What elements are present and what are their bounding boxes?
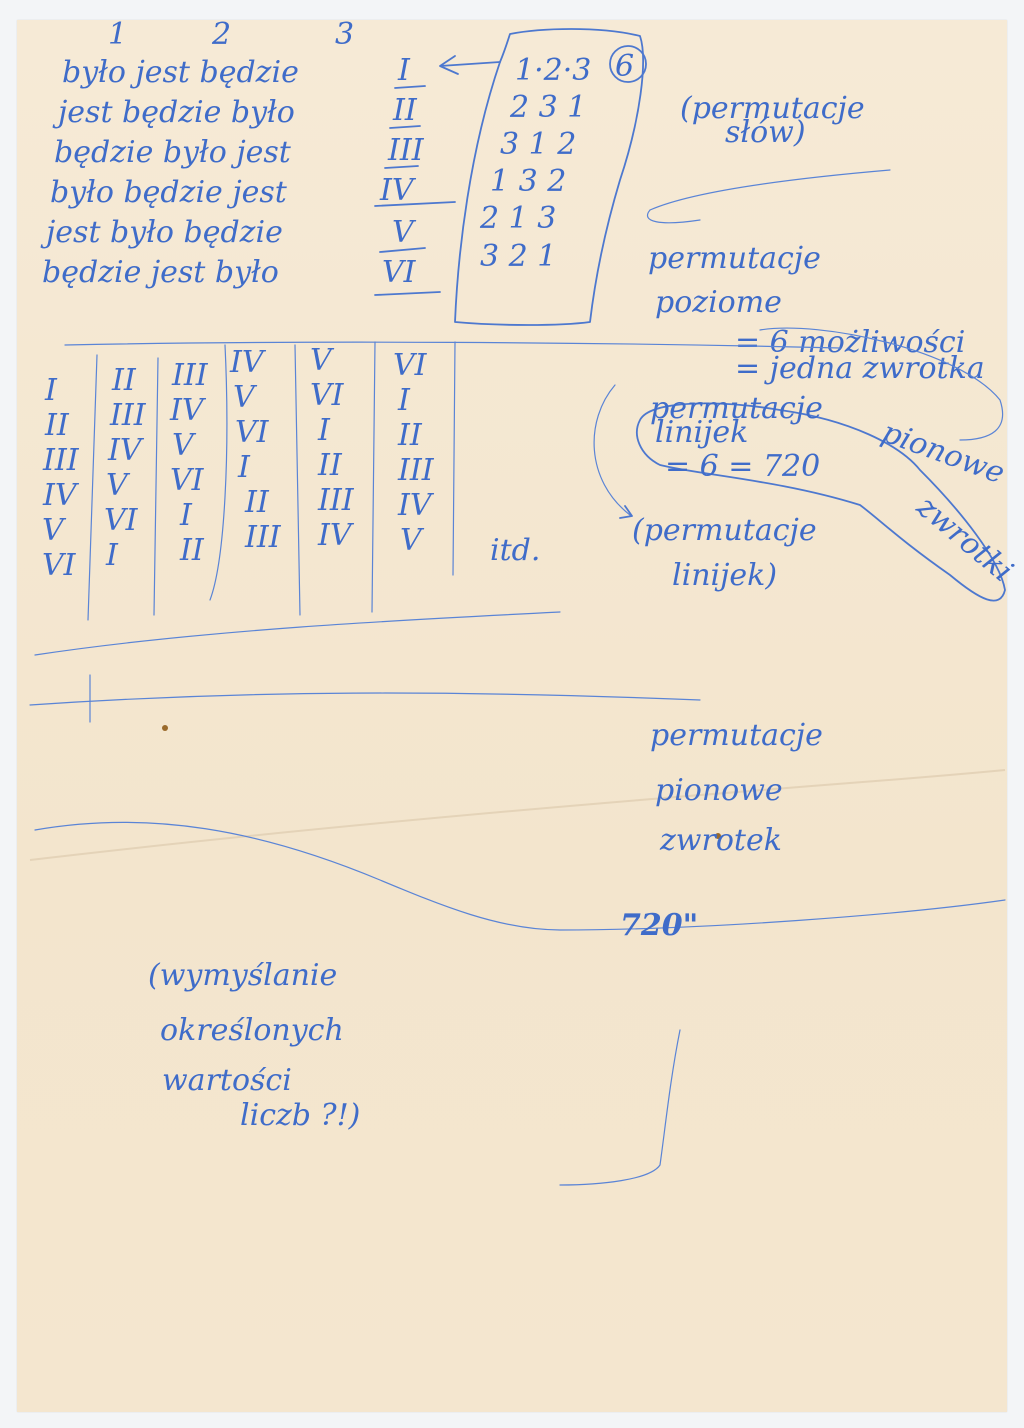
number-row: 3 1 2 [500, 127, 576, 162]
number-row: 1·2·3 [515, 53, 591, 88]
svg-text:II: II [317, 448, 343, 483]
svg-text:linijek): linijek) [672, 558, 777, 593]
table-column: IV V VI I II III [229, 345, 282, 555]
svg-text:II: II [111, 363, 137, 398]
svg-text:IV: IV [317, 518, 355, 553]
number-box: 1·2·3 2 3 1 3 1 2 1 3 2 2 1 3 3 2 1 6 [455, 29, 646, 325]
number-row: 2 3 1 [509, 90, 586, 125]
svg-text:I: I [105, 538, 119, 573]
svg-text:V: V [172, 428, 197, 463]
svg-text:III: III [42, 443, 80, 478]
table-column: V VI I II III IV [310, 343, 355, 553]
svg-text:= jedna zwrotka: = jedna zwrotka [735, 351, 985, 386]
svg-text:= 6 = 720: = 6 = 720 [665, 449, 820, 484]
number-row: 3 2 1 [480, 239, 556, 274]
svg-text:zwrotek: zwrotek [659, 823, 782, 858]
svg-text:IV: IV [229, 345, 267, 380]
roman-label: I [397, 53, 411, 88]
superscript-3: 3 [335, 17, 354, 52]
svg-text:V: V [42, 513, 67, 548]
svg-text:V: V [400, 523, 425, 558]
svg-text:VI: VI [104, 503, 139, 538]
separator-line [30, 693, 700, 705]
table-column: I II III IV V VI [42, 373, 80, 583]
roman-label: III [387, 133, 425, 168]
svg-text:IV: IV [397, 488, 435, 523]
svg-text:V: V [310, 343, 335, 378]
svg-text:I: I [44, 373, 58, 408]
note-word-permutation: (permutacje słów) [647, 91, 890, 223]
svg-text:I: I [397, 383, 411, 418]
svg-text:słów): słów) [725, 115, 806, 150]
manuscript-drawing: 1 2 3 było jest będzie jest będzie było … [0, 0, 1024, 1428]
permutation-row: jest będzie było [52, 95, 295, 130]
svg-text:linijek: linijek [655, 415, 748, 450]
table-column: VI I II III IV V [393, 348, 435, 558]
table-column: II III IV V VI I [104, 363, 147, 573]
paper-fold [30, 770, 1005, 860]
svg-text:VI: VI [42, 548, 77, 583]
svg-text:poziome: poziome [655, 285, 782, 320]
svg-text:liczb ?!): liczb ?!) [240, 1098, 360, 1133]
svg-text:(permutacje: (permutacje [632, 513, 817, 548]
svg-text:III: III [109, 398, 147, 433]
svg-text:III: III [171, 358, 209, 393]
roman-label: V [392, 215, 417, 250]
svg-text:pionowe: pionowe [655, 773, 783, 808]
number-row: 1 3 2 [490, 164, 566, 199]
svg-text:VI: VI [235, 415, 270, 450]
svg-text:IV: IV [169, 393, 207, 428]
svg-text:VI: VI [170, 463, 205, 498]
svg-text:IV: IV [107, 433, 145, 468]
svg-text:II: II [179, 533, 205, 568]
roman-label: II [392, 93, 418, 128]
permutation-row: było jest będzie [62, 55, 299, 90]
svg-text:I: I [179, 498, 193, 533]
svg-text:pionowe: pionowe [877, 415, 1009, 492]
roman-label: VI [382, 255, 417, 290]
svg-text:VI: VI [310, 378, 345, 413]
svg-text:III: III [244, 520, 282, 555]
separator-curve [35, 822, 1005, 930]
value-720: 720" [620, 908, 698, 943]
etc-label: itd. [490, 533, 540, 568]
svg-text:V: V [106, 468, 131, 503]
svg-text:permutacje: permutacje [650, 718, 823, 753]
permutation-row: będzie było jest [54, 135, 292, 170]
arrow-left-icon [440, 56, 500, 74]
svg-text:permutacje: permutacje [648, 241, 821, 276]
note-line-permutation: permutacje poziome [648, 241, 821, 320]
note-inventing-values: (wymyślanie określonych wartości liczb ?… [148, 958, 680, 1185]
note-vertical-strophes: permutacje pionowe zwrotek 720" [620, 718, 823, 943]
svg-text:I: I [317, 413, 331, 448]
circled-count: 6 [615, 49, 634, 84]
svg-text:wartości: wartości [162, 1063, 292, 1098]
svg-text:określonych: określonych [160, 1013, 344, 1048]
svg-text:II: II [244, 485, 270, 520]
svg-text:II: II [44, 408, 70, 443]
permutation-row: będzie jest było [42, 255, 279, 290]
svg-text:IV: IV [42, 478, 80, 513]
svg-text:(wymyślanie: (wymyślanie [148, 958, 337, 993]
svg-text:zwrotki: zwrotki [909, 489, 1019, 590]
word-permutations: 1 2 3 było jest będzie jest będzie było … [40, 17, 425, 290]
ink-stain [162, 725, 168, 731]
permutation-row: było będzie jest [50, 175, 288, 210]
svg-text:III: III [317, 483, 355, 518]
roman-label: IV [379, 173, 417, 208]
svg-text:VI: VI [393, 348, 428, 383]
svg-text:I: I [237, 450, 251, 485]
superscript-2: 2 [211, 17, 231, 52]
svg-text:III: III [397, 453, 435, 488]
superscript-1: 1 [108, 17, 127, 52]
svg-text:V: V [233, 380, 258, 415]
roman-columns-table: I II III IV V VI II III IV V VI I III IV… [35, 342, 840, 655]
number-row: 2 1 3 [479, 201, 556, 236]
permutation-row: jest było będzie [40, 215, 283, 250]
svg-text:II: II [397, 418, 423, 453]
table-column: III IV V VI I II [169, 358, 209, 568]
